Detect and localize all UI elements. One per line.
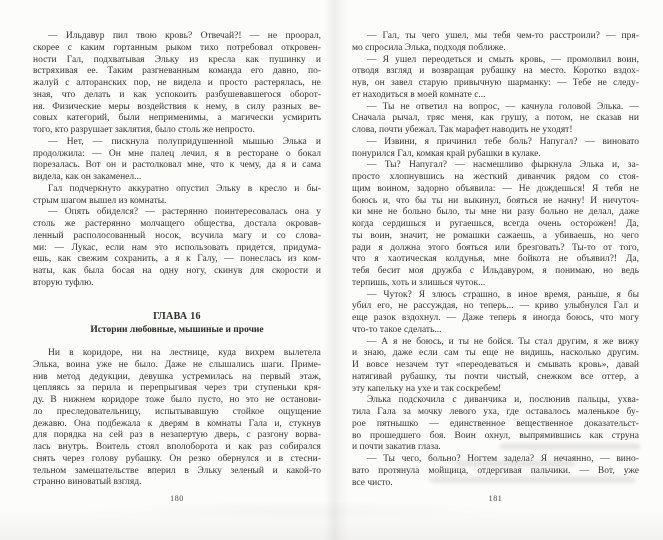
text-line: ГалподчеркнутоаккуратноопустилЭлькувкрес… <box>33 184 321 196</box>
text-line: —Аянебоюсь,итынебойся.Тысталдругим,яжеви… <box>352 337 639 349</box>
paragraph: —Чуток?Язлюсьстрашно,виноевремя,раньше,я… <box>352 290 639 337</box>
text-line: понурился Гал, комкая край рубашки в кул… <box>352 149 639 161</box>
paragraph: Нивкоридоре,ниналестнице,кудавихремвылет… <box>33 348 321 489</box>
text-line: терпишь, хоть и злишься чуток... <box>352 278 639 290</box>
text-line: снятьчерезголовурубашку.Онрезкообернулся… <box>33 454 321 466</box>
scan-shadow <box>0 510 663 540</box>
paragraph: —Извини,япричинилтебеболь?Напугал?—винов… <box>352 137 639 161</box>
text-line: натягивайрубашку,тыпочтичистый,снежкомвс… <box>352 372 639 384</box>
text-line: Сначаларычал,трясменя,какгрушу,апотом,не… <box>352 113 639 125</box>
text-line: кимненебольнобыло,тымнениразубольнонедел… <box>352 207 639 219</box>
text-line: Нивкоридоре,ниналестнице,кудавихремвылет… <box>33 348 321 360</box>
text-line: встряхиваяее.Такимразгневаннымкомандаего… <box>33 66 321 78</box>
text-line: тилаГалазамочкулевогоуха,гдеоставалосьма… <box>352 407 639 419</box>
text-line: —Опятьобиделся?—растеряннопоинтересовала… <box>33 207 321 219</box>
paragraph: —Нет,—пискнулаполупридушенноймышьюЭлькаи… <box>33 137 321 184</box>
paragraph: —Опятьобиделся?—растеряннопоинтересовала… <box>33 207 321 289</box>
text-line: когдасердишьсяиругаешься,всегдаоченьосто… <box>352 219 639 231</box>
text-line: —Гал,тычегоушел,мытебячем-торасстроили?—… <box>352 31 639 43</box>
text-line: роепятнышко—единственноевещественноедока… <box>352 419 639 431</box>
text-line: —Извини,япричинилтебеболь?Напугал?—винов… <box>352 137 639 149</box>
text-line: —Тынеответилнавопрос,—качнулаголовойЭльк… <box>352 102 639 114</box>
text-line: ностиГал,подхватываяЭлькуизкреслакакпуши… <box>33 55 321 67</box>
text-line: Элькаподскочиласдиванчикаи,послюнивпальц… <box>352 395 639 407</box>
text-line: стрым шагом вышел из комнаты. <box>33 196 321 208</box>
text-line: цепляясьзаперилаиперепрыгиваячерезтристу… <box>33 383 321 395</box>
paragraph: ГалподчеркнутоаккуратноопустилЭлькувкрес… <box>33 184 321 208</box>
text-line: и почти закатив глаза. <box>352 442 639 454</box>
text-line: изнаю,дажееслисамтыещеневидишь,насколько… <box>352 348 639 360</box>
paragraph: —Тынеответилнавопрос,—качнулаголовойЭльк… <box>352 102 639 137</box>
page-gutter-shadow <box>324 0 350 540</box>
text-line: порезалась.Вотонирастолковалмне,чтокчему… <box>33 160 321 172</box>
text-line: нув,онзавелстаруюпривычнуюшарманку:—Тебе… <box>352 78 639 90</box>
chapter-title: ГЛАВА 16 <box>33 311 321 323</box>
text-line: —Чуток?Язлюсьстрашно,виноевремя,раньше,я… <box>352 290 639 302</box>
text-line: вопрошедшегобоя.Воинохнул,выпрямившиська… <box>352 431 639 443</box>
paragraph: —Гал,тычегоушел,мытебячем-торасстроили?—… <box>352 31 639 55</box>
text-line: наты,какбылабосаянаоднуногу,скинувдляско… <box>33 266 321 278</box>
text-line: все чисто. <box>352 478 639 490</box>
text-line: отводявзглядивозвращаярубашкунаместо.Кор… <box>352 66 639 78</box>
text-line: ня.Физическиемерывоздействиякнему,всилур… <box>33 102 321 114</box>
text-line: радиядолжнаэтогобоятьсяилибрезговать?Ты-… <box>352 243 639 255</box>
text-line: нивметоддедукции,девушкаустремиласьнапер… <box>33 372 321 384</box>
text-line: совыхкатегорий,былинеприменимы,амагическ… <box>33 113 321 125</box>
text-line: щимвоином,задорнообъявила:—Недождешься!Я… <box>352 184 639 196</box>
text-line: ми:—Лукас,еслинамэтоиспользоватьпридется… <box>33 243 321 255</box>
text-line: дежавю.ОнаподбежалакдверямвкомнатыГалаи,… <box>33 419 321 431</box>
paragraph: —Ты?Напугал?—насмешливофыркнулаЭлькаи,за… <box>352 160 639 289</box>
page-left-text: —Ильдавурпилтвоюкровь?Отвечай?!—непроора… <box>33 31 321 489</box>
paragraph: —Ильдавурпилтвоюкровь?Отвечай?!—непроора… <box>33 31 321 137</box>
text-line: лопреследовательницу,испытывавшуюстойкое… <box>33 407 321 419</box>
text-line: тельномзамешательствевперилвЭлькузеленый… <box>33 466 321 478</box>
text-line: зная,чтоделатьикакуспокоитьразбушевавшег… <box>33 90 321 102</box>
text-line: слова, почти убежал. Так марафет наводит… <box>352 125 639 137</box>
text-line: —Яушелпереодетьсяисмытькровь,—промолвилв… <box>352 55 639 67</box>
text-line: простохлопнувшисьнажесткийдиванчикрядомс… <box>352 172 639 184</box>
text-line: Элька,воинауженебыло.Даженеслышалисьшаги… <box>33 360 321 372</box>
text-line: чтояхаотическаяколдунья,мнебойкотанеобъя… <box>352 254 639 266</box>
text-line: ещеразоквздохнул.—Дажетеперьяиногдабоюсь… <box>352 313 639 325</box>
text-line: жалуйсалторанскихпор,невиделаипростораст… <box>33 78 321 90</box>
text-line: —Тычего,больно?Ногтемзадела?Янечаянно,—в… <box>352 454 639 466</box>
text-line: боюсьи,чтобытынивыкинул,боятьсяненачну!И… <box>352 196 639 208</box>
text-line: —Нет,—пискнулаполупридушенноймышьюЭлькаи <box>33 137 321 149</box>
paragraph: —Яушелпереодетьсяисмытькровь,—промолвилв… <box>352 55 639 102</box>
text-line: ешь,каксвежимсохранить,аякГалу,—понеслас… <box>33 254 321 266</box>
page-number-right: 181 <box>352 493 639 505</box>
text-line: ет находиться в моей комнате с... <box>352 90 639 102</box>
text-line: —Ты?Напугал?—насмешливофыркнулаЭлькаи,за… <box>352 160 639 172</box>
text-line: —Ильдавурпилтвоюкровь?Отвечай?!—непроора… <box>33 31 321 43</box>
text-line: эту капельку на ухе и так соскребем! <box>352 384 639 396</box>
text-line: ватопротянуламойщица,отдергиваяпальчики.… <box>352 466 639 478</box>
paragraph: —Аянебоюсь,итынебойся.Тысталдругим,яжеви… <box>352 337 639 396</box>
text-line: скореескакимгортаннымрыкомтихопотребовал… <box>33 43 321 55</box>
text-line: убилего,нерассуждая,нотеперь...—кривоулы… <box>352 301 639 313</box>
text-line: странно виноватый взгляд. <box>33 477 321 489</box>
text-line: стольжерастерянномолчащегообщества,доста… <box>33 219 321 231</box>
chapter-subtitle: Истории любовные, мышиные и прочие <box>33 325 321 337</box>
text-line: тебябеситмоядружбасИльдавуром,японимаю,н… <box>352 266 639 278</box>
text-line: вторую туфлю. <box>33 278 321 290</box>
page-number-left: 180 <box>33 493 321 505</box>
text-line: видела, как он закаменел... <box>33 172 321 184</box>
text-line: ласьвнутрь.Воительстоялвполоборотаикакра… <box>33 442 321 454</box>
text-line: ду.Внижнемкоридоретожебылопусто,ноэтонео… <box>33 395 321 407</box>
book-spread: —Ильдавурпилтвоюкровь?Отвечай?!—непроора… <box>0 0 663 540</box>
text-line: того, кто разрушает заклятия, было столь… <box>33 125 321 137</box>
text-line: мо спросила Элька, подходя поближе. <box>352 43 639 55</box>
text-line: что-то такое сделать... <box>352 325 639 337</box>
text-line: дляпорядканасейразвнезапертуюдверь,сразг… <box>33 430 321 442</box>
text-line: тывоин,значит,неромашкисажаешь,аубиваешь… <box>352 231 639 243</box>
text-line: продолжила:—Онмнепалецлечил,явресторанео… <box>33 149 321 161</box>
text-line: ленныйрасполосованныйносок,всучиламагуис… <box>33 231 321 243</box>
text-line: Ивовсенезачемтут«переодеватьсяисмыватькр… <box>352 360 639 372</box>
paragraph: Элькаподскочиласдиванчикаи,послюнивпальц… <box>352 395 639 454</box>
paragraph: —Тычего,больно?Ногтемзадела?Янечаянно,—в… <box>352 454 639 489</box>
page-right-text: —Гал,тычегоушел,мытебячем-торасстроили?—… <box>352 31 639 489</box>
